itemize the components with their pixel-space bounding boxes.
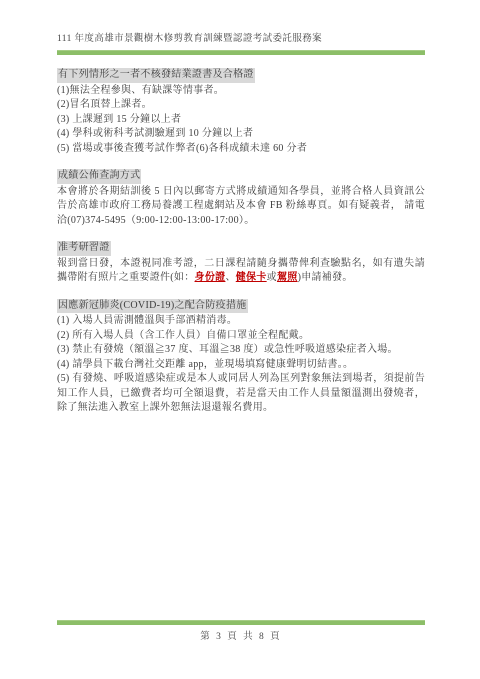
section-heading: 有下列情形之一者不核發結業證書及合格證 <box>57 68 255 83</box>
document-page: 111 年度高雄市景觀樹木修剪教育訓練暨認證考試委託服務案 有下列情形之一者不核… <box>57 0 425 416</box>
list-item: (5) 有發燒、呼吸道感染症或是本人或同居人列為匡列對象無法到場者，須提前告知工… <box>57 372 425 416</box>
section-covid-measures: 因應新冠肺炎(COVID-19)之配合防疫措施 (1) 入場人員需測體溫與手部酒… <box>57 299 425 416</box>
header-divider-rule <box>57 50 425 55</box>
paragraph-text: )申請補發。 <box>298 272 353 283</box>
list-item: (4) 學科或術科考試測驗遲到 10 分鐘以上者 <box>57 127 425 142</box>
driver-license-link[interactable]: 駕照 <box>277 272 298 283</box>
document-header-title: 111 年度高雄市景觀樹木修剪教育訓練暨認證考試委託服務案 <box>57 33 425 45</box>
list-item: (3) 禁止有發燒（額溫≧37 度、耳溫≧38 度）或急性呼吸道感染症者入場。 <box>57 343 425 358</box>
section-certificate-denial: 有下列情形之一者不核發結業證書及合格證 (1)無法全程參與、有缺課等情事者。 (… <box>57 68 425 156</box>
paragraph-text: 、 <box>225 272 235 283</box>
document-footer: 第 3 頁 共 8 頁 <box>57 620 425 642</box>
list-item: (1) 入場人員需測體溫與手部酒精消毒。 <box>57 314 425 329</box>
list-item: (2)冒名頂替上課者。 <box>57 98 425 113</box>
section-heading: 因應新冠肺炎(COVID-19)之配合防疫措施 <box>57 299 248 314</box>
list-item: (2) 所有入場人員（含工作人員）自備口罩並全程配戴。 <box>57 329 425 344</box>
section-paragraph: 本會將於各期結訓後 5 日內以郵寄方式將成績通知各學員，並將合格人員資訊公告於高… <box>57 185 425 229</box>
section-exam-permit: 准考研習證 報到當日發，本證視同准考證，二日課程請隨身攜帶俾利查驗點名，如有遺失… <box>57 241 425 286</box>
list-item: (3) 上課遲到 15 分鐘以上者 <box>57 113 425 128</box>
section-heading: 成績公佈查詢方式 <box>57 169 141 184</box>
page-number: 第 3 頁 共 8 頁 <box>57 628 425 642</box>
list-item: (5) 當場或事後查獲考試作弊者(6)各科成績未達 60 分者 <box>57 142 425 157</box>
id-card-link[interactable]: 身份證 <box>195 272 226 283</box>
section-paragraph: 報到當日發，本證視同准考證，二日課程請隨身攜帶俾利查驗點名，如有遺失請攜帶附有照… <box>57 257 425 286</box>
footer-divider-rule <box>57 620 425 625</box>
paragraph-text: 或 <box>267 272 277 283</box>
list-item: (4) 請學員下載台灣社交距離 app，並現場填寫健康聲明切結書。。 <box>57 358 425 373</box>
list-item: (1)無法全程參與、有缺課等情事者。 <box>57 84 425 99</box>
health-card-link[interactable]: 健保卡 <box>236 272 267 283</box>
section-heading: 准考研習證 <box>57 241 111 256</box>
section-score-announcement: 成績公佈查詢方式 本會將於各期結訓後 5 日內以郵寄方式將成績通知各學員，並將合… <box>57 169 425 228</box>
